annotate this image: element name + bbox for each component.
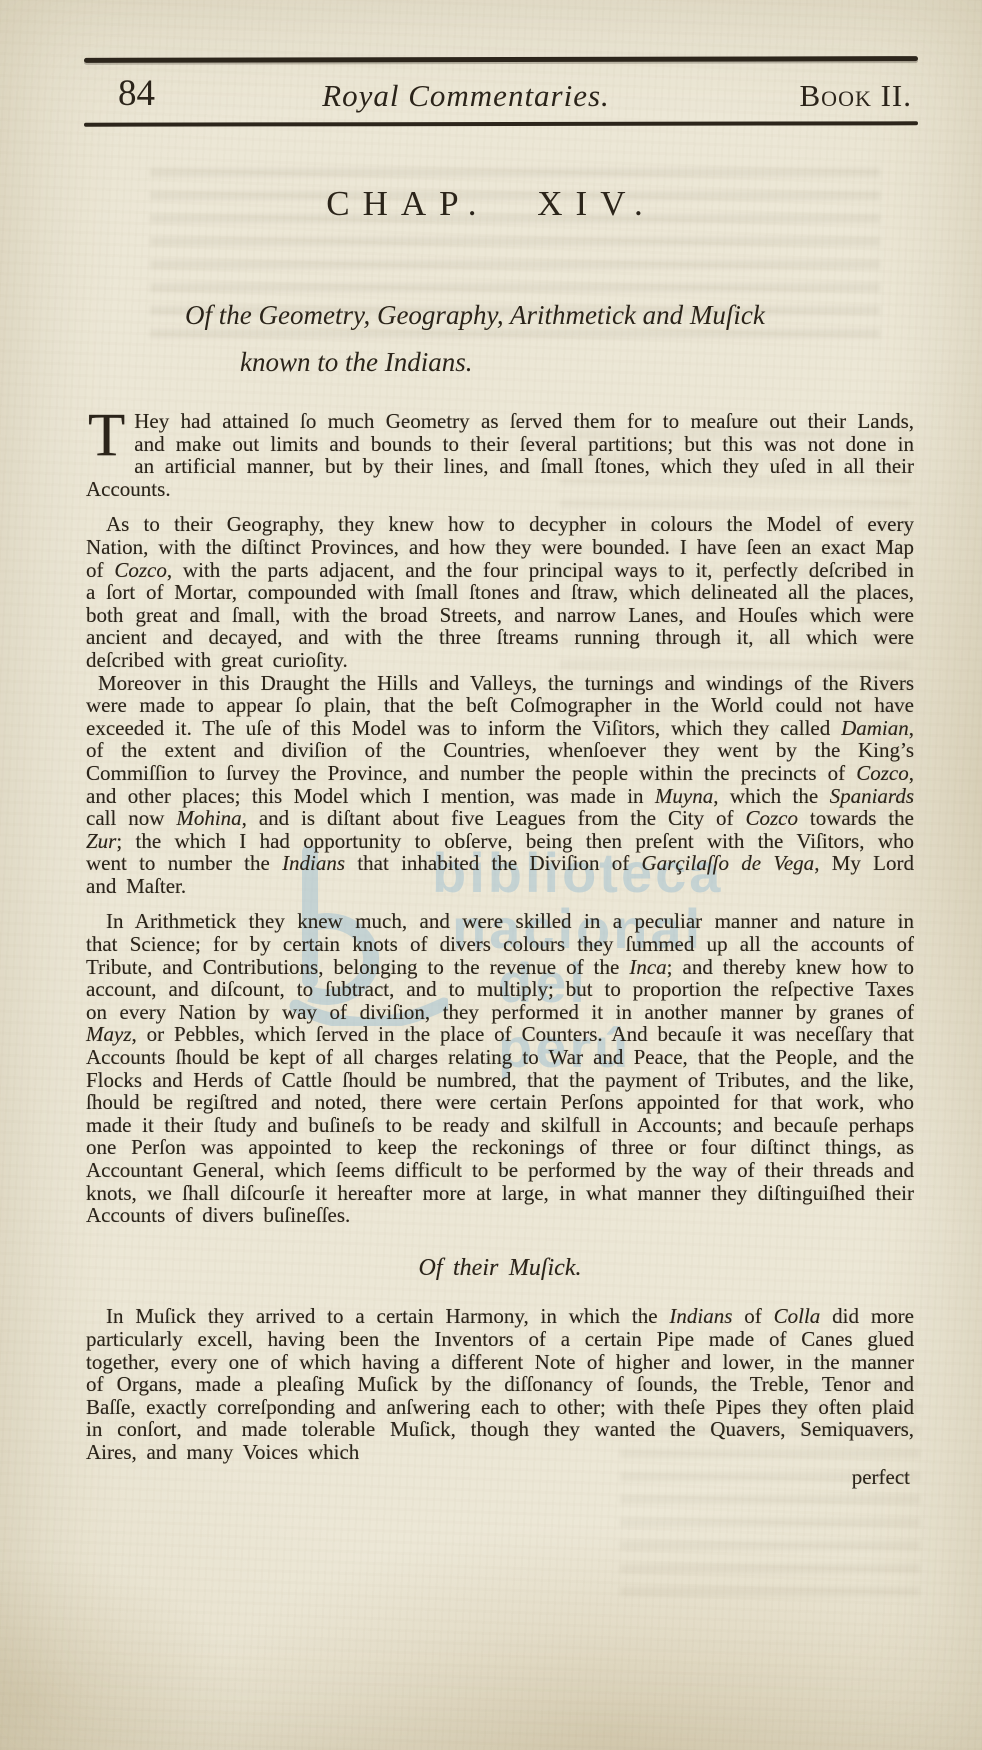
chapter-subtitle: Of the Geometry, Geography, Arithmetick … xyxy=(86,292,926,386)
header-rule-top xyxy=(84,56,918,63)
paragraph-geometry: THey had attained ſo much Geometry as ſe… xyxy=(86,410,914,500)
section-heading-musick: Of their Muſick. xyxy=(86,1257,914,1280)
header-rule-bottom xyxy=(84,121,918,126)
catchword: perfect xyxy=(86,1466,914,1489)
paragraph-draught: Moreover in this Draught the Hills and V… xyxy=(86,672,914,898)
book-label: Book II. xyxy=(800,78,913,114)
drop-cap: T xyxy=(86,410,134,458)
chapter-subtitle-line2: known to the Indians. xyxy=(240,339,926,386)
paragraph-musick: In Muſick they arrived to a certain Harm… xyxy=(86,1305,914,1463)
paragraph-arithmetick: In Arithmetick they knew much, and were … xyxy=(86,910,914,1226)
book-page-scan: biblioteca nacional del perú 84 Royal Co… xyxy=(0,0,982,1750)
paragraph-geography: As to their Geography, they knew how to … xyxy=(86,513,914,671)
chapter-heading: CHAP. XIV. xyxy=(0,184,982,224)
text-block: THey had attained ſo much Geometry as ſe… xyxy=(86,410,914,1488)
chapter-subtitle-line1: Of the Geometry, Geography, Arithmetick … xyxy=(185,292,926,339)
